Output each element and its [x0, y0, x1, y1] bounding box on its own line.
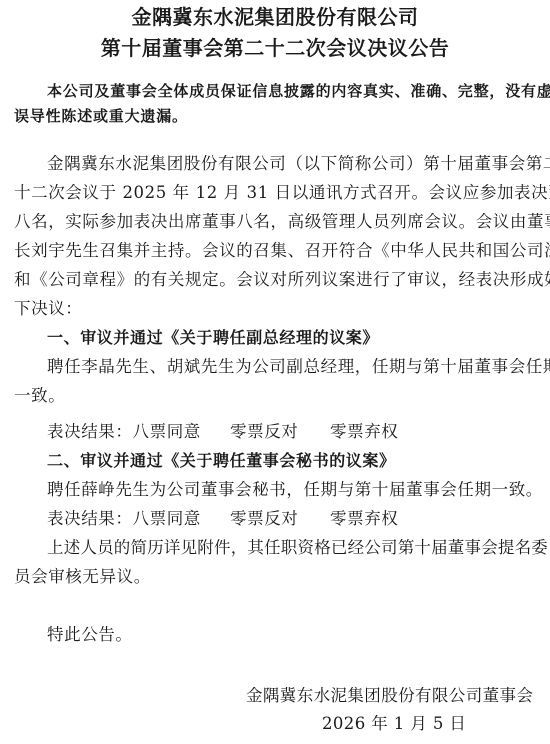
resolution-1-body-2: 一致。: [14, 385, 550, 407]
disclaimer-line-1: 本公司及董事会全体成员保证信息披露的内容真实、准确、完整，没有虚假记载、: [47, 80, 550, 102]
signature-organization: 金隅冀东水泥集团股份有限公司董事会: [246, 685, 533, 707]
intro-line-6: 下决议：: [14, 298, 550, 320]
resolution-1-heading: 一、审议并通过《关于聘任副总经理的议案》: [47, 327, 550, 349]
company-title: 金隅冀东水泥集团股份有限公司: [0, 5, 550, 29]
vote-for: 表决结果：八票同意: [47, 421, 230, 443]
resolution-2-heading: 二、审议并通过《关于聘任董事会秘书的议案》: [47, 450, 550, 472]
vote-abstain: 零票弃权: [330, 421, 398, 443]
resolution-2-vote: 表决结果：八票同意零票反对零票弃权: [47, 508, 550, 530]
vote-against: 零票反对: [230, 421, 330, 443]
note-line-2: 员会审核无异议。: [14, 566, 550, 588]
intro-line-1: 金隅冀东水泥集团股份有限公司（以下简称公司）第十届董事会第二: [47, 153, 550, 175]
disclaimer-line-2: 误导性陈述或重大遗漏。: [14, 105, 550, 127]
vote-abstain: 零票弃权: [330, 508, 398, 530]
vote-against: 零票反对: [230, 508, 330, 530]
announcement-title: 第十届董事会第二十二次会议决议公告: [0, 36, 550, 60]
vote-for: 表决结果：八票同意: [47, 508, 230, 530]
intro-line-2: 十二次会议于 2025 年 12 月 31 日以通讯方式召开。会议应参加表决董事: [14, 182, 550, 204]
resolution-1-vote: 表决结果：八票同意零票反对零票弃权: [47, 421, 550, 443]
resolution-1-body-1: 聘任李晶先生、胡斌先生为公司副总经理，任期与第十届董事会任期: [47, 356, 550, 378]
closing-text: 特此公告。: [47, 624, 550, 646]
signature-date: 2026 年 1 月 5 日: [322, 713, 466, 735]
note-line-1: 上述人员的简历详见附件，其任职资格已经公司第十届董事会提名委: [47, 537, 550, 559]
resolution-2-body-1: 聘任薛峥先生为公司董事会秘书，任期与第十届董事会任期一致。: [47, 479, 550, 501]
intro-line-5: 和《公司章程》的有关规定。会议对所列议案进行了审议，经表决形成如: [14, 269, 550, 291]
intro-line-4: 长刘宇先生召集并主持。会议的召集、召开符合《中华人民共和国公司法》: [14, 240, 550, 262]
intro-line-3: 八名，实际参加表决出席董事八名，高级管理人员列席会议。会议由董事: [14, 211, 550, 233]
